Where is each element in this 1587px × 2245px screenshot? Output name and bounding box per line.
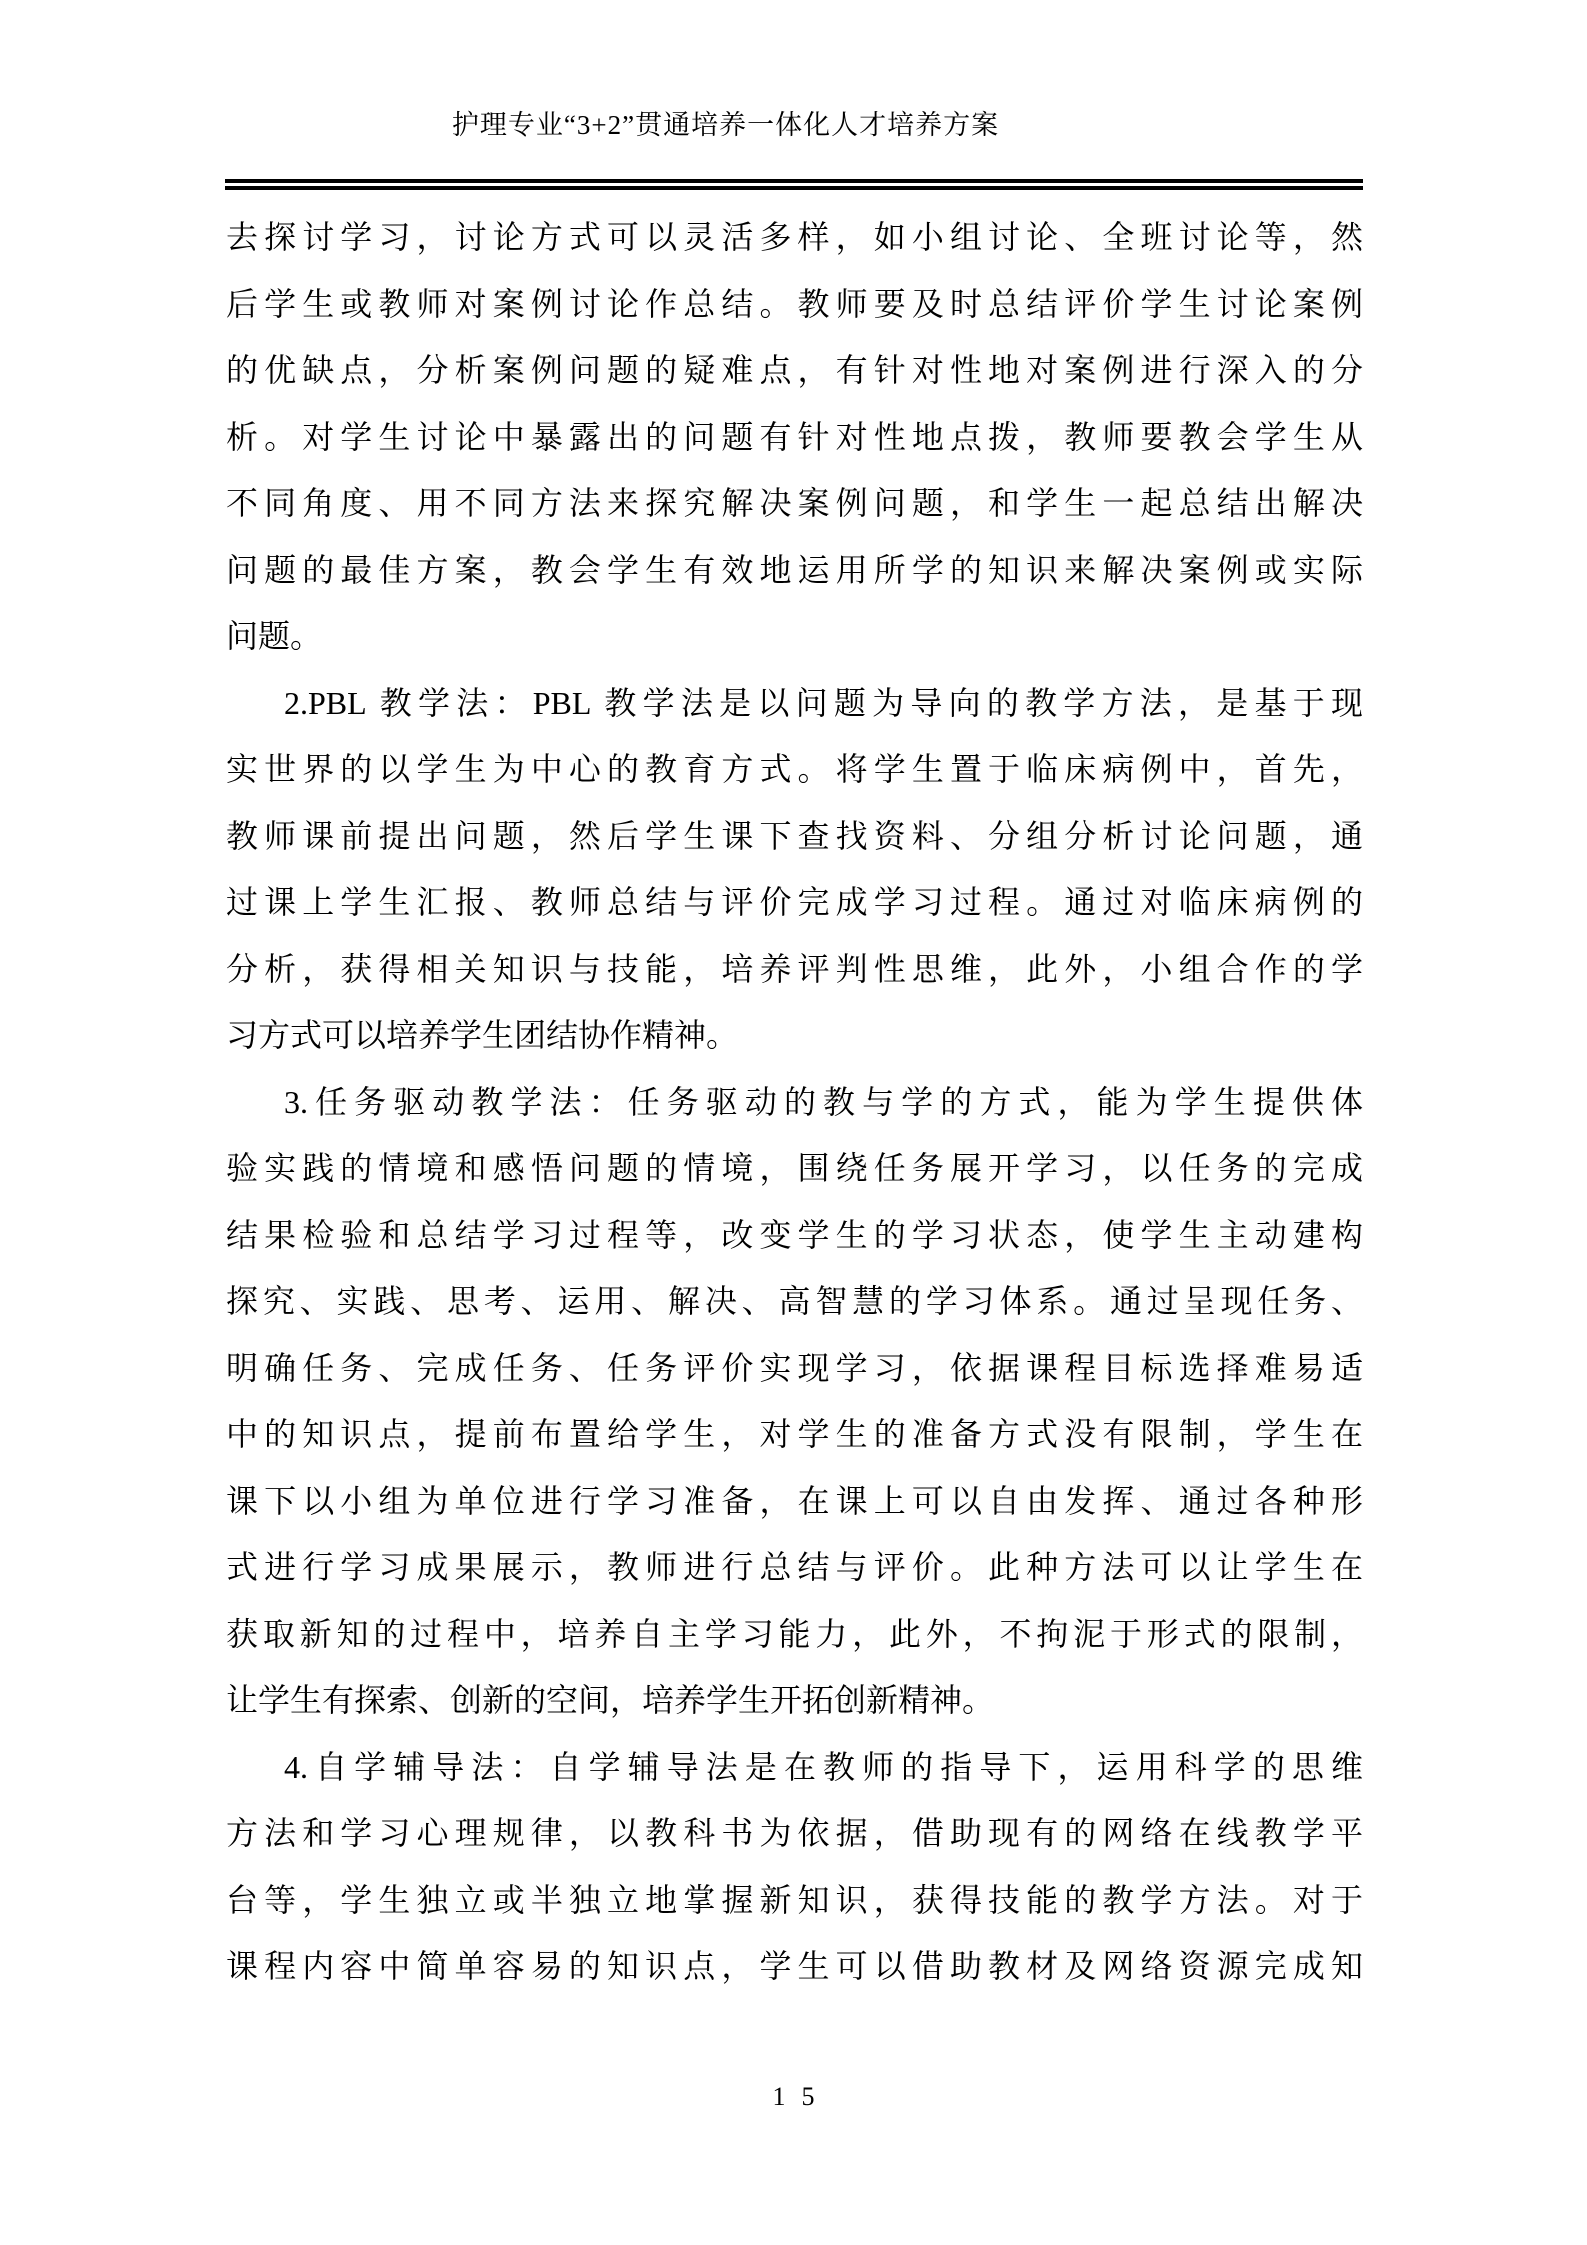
text-line: 方法和学习心理规律，以教科书为依据，借助现有的网络在线教学平 [226, 1800, 1363, 1867]
text-line: 的优缺点，分析案例问题的疑难点，有针对性地对案例进行深入的分 [226, 337, 1363, 404]
text-line: 问题。 [226, 603, 1363, 670]
text-line: 问题的最佳方案，教会学生有效地运用所学的知识来解决案例或实际 [226, 537, 1363, 604]
document-page: 护理专业“3+2”贯通培养一体化人才培养方案 去探讨学习，讨论方式可以灵活多样，… [0, 0, 1587, 2245]
text-line: 让学生有探索、创新的空间，培养学生开拓创新精神。 [226, 1667, 1363, 1734]
header-divider-rule [225, 179, 1363, 190]
text-line: 探究、实践、思考、运用、解决、高智慧的学习体系。通过呈现任务、 [226, 1268, 1363, 1335]
page-number: 15 [0, 2082, 1587, 2112]
text-line: 课下以小组为单位进行学习准备，在课上可以自由发挥、通过各种形 [226, 1468, 1363, 1535]
text-line: 中的知识点，提前布置给学生，对学生的准备方式没有限制，学生在 [226, 1401, 1363, 1468]
text-line: 去探讨学习，讨论方式可以灵活多样，如小组讨论、全班讨论等，然 [226, 204, 1363, 271]
text-line: 分析，获得相关知识与技能，培养评判性思维，此外，小组合作的学 [226, 936, 1363, 1003]
text-line: 2.PBL 教学法：PBL 教学法是以问题为导向的教学方法，是基于现 [226, 670, 1363, 737]
text-line: 明确任务、完成任务、任务评价实现学习，依据课程目标选择难易适 [226, 1335, 1363, 1402]
document-body: 去探讨学习，讨论方式可以灵活多样，如小组讨论、全班讨论等，然 后学生或教师对案例… [226, 204, 1363, 2000]
text-line: 结果检验和总结学习过程等，改变学生的学习状态，使学生主动建构 [226, 1202, 1363, 1269]
text-line: 教师课前提出问题，然后学生课下查找资料、分组分析讨论问题，通 [226, 803, 1363, 870]
text-line: 析。对学生讨论中暴露出的问题有针对性地点拨，教师要教会学生从 [226, 404, 1363, 471]
text-line: 后学生或教师对案例讨论作总结。教师要及时总结评价学生讨论案例 [226, 271, 1363, 338]
text-line: 过课上学生汇报、教师总结与评价完成学习过程。通过对临床病例的 [226, 869, 1363, 936]
text-line: 课程内容中简单容易的知识点，学生可以借助教材及网络资源完成知 [226, 1933, 1363, 2000]
text-line: 验实践的情境和感悟问题的情境，围绕任务展开学习，以任务的完成 [226, 1135, 1363, 1202]
text-line: 台等，学生独立或半独立地掌握新知识，获得技能的教学方法。对于 [226, 1867, 1363, 1934]
text-line: 4.自学辅导法：自学辅导法是在教师的指导下，运用科学的思维 [226, 1734, 1363, 1801]
text-line: 实世界的以学生为中心的教育方式。将学生置于临床病例中，首先， [226, 736, 1363, 803]
text-line: 不同角度、用不同方法来探究解决案例问题，和学生一起总结出解决 [226, 470, 1363, 537]
text-line: 获取新知的过程中，培养自主学习能力，此外，不拘泥于形式的限制， [226, 1601, 1363, 1668]
text-line: 习方式可以培养学生团结协作精神。 [226, 1002, 1363, 1069]
page-header-title: 护理专业“3+2”贯通培养一体化人才培养方案 [157, 110, 1294, 141]
text-line: 式进行学习成果展示，教师进行总结与评价。此种方法可以让学生在 [226, 1534, 1363, 1601]
text-line: 3.任务驱动教学法：任务驱动的教与学的方式，能为学生提供体 [226, 1069, 1363, 1136]
